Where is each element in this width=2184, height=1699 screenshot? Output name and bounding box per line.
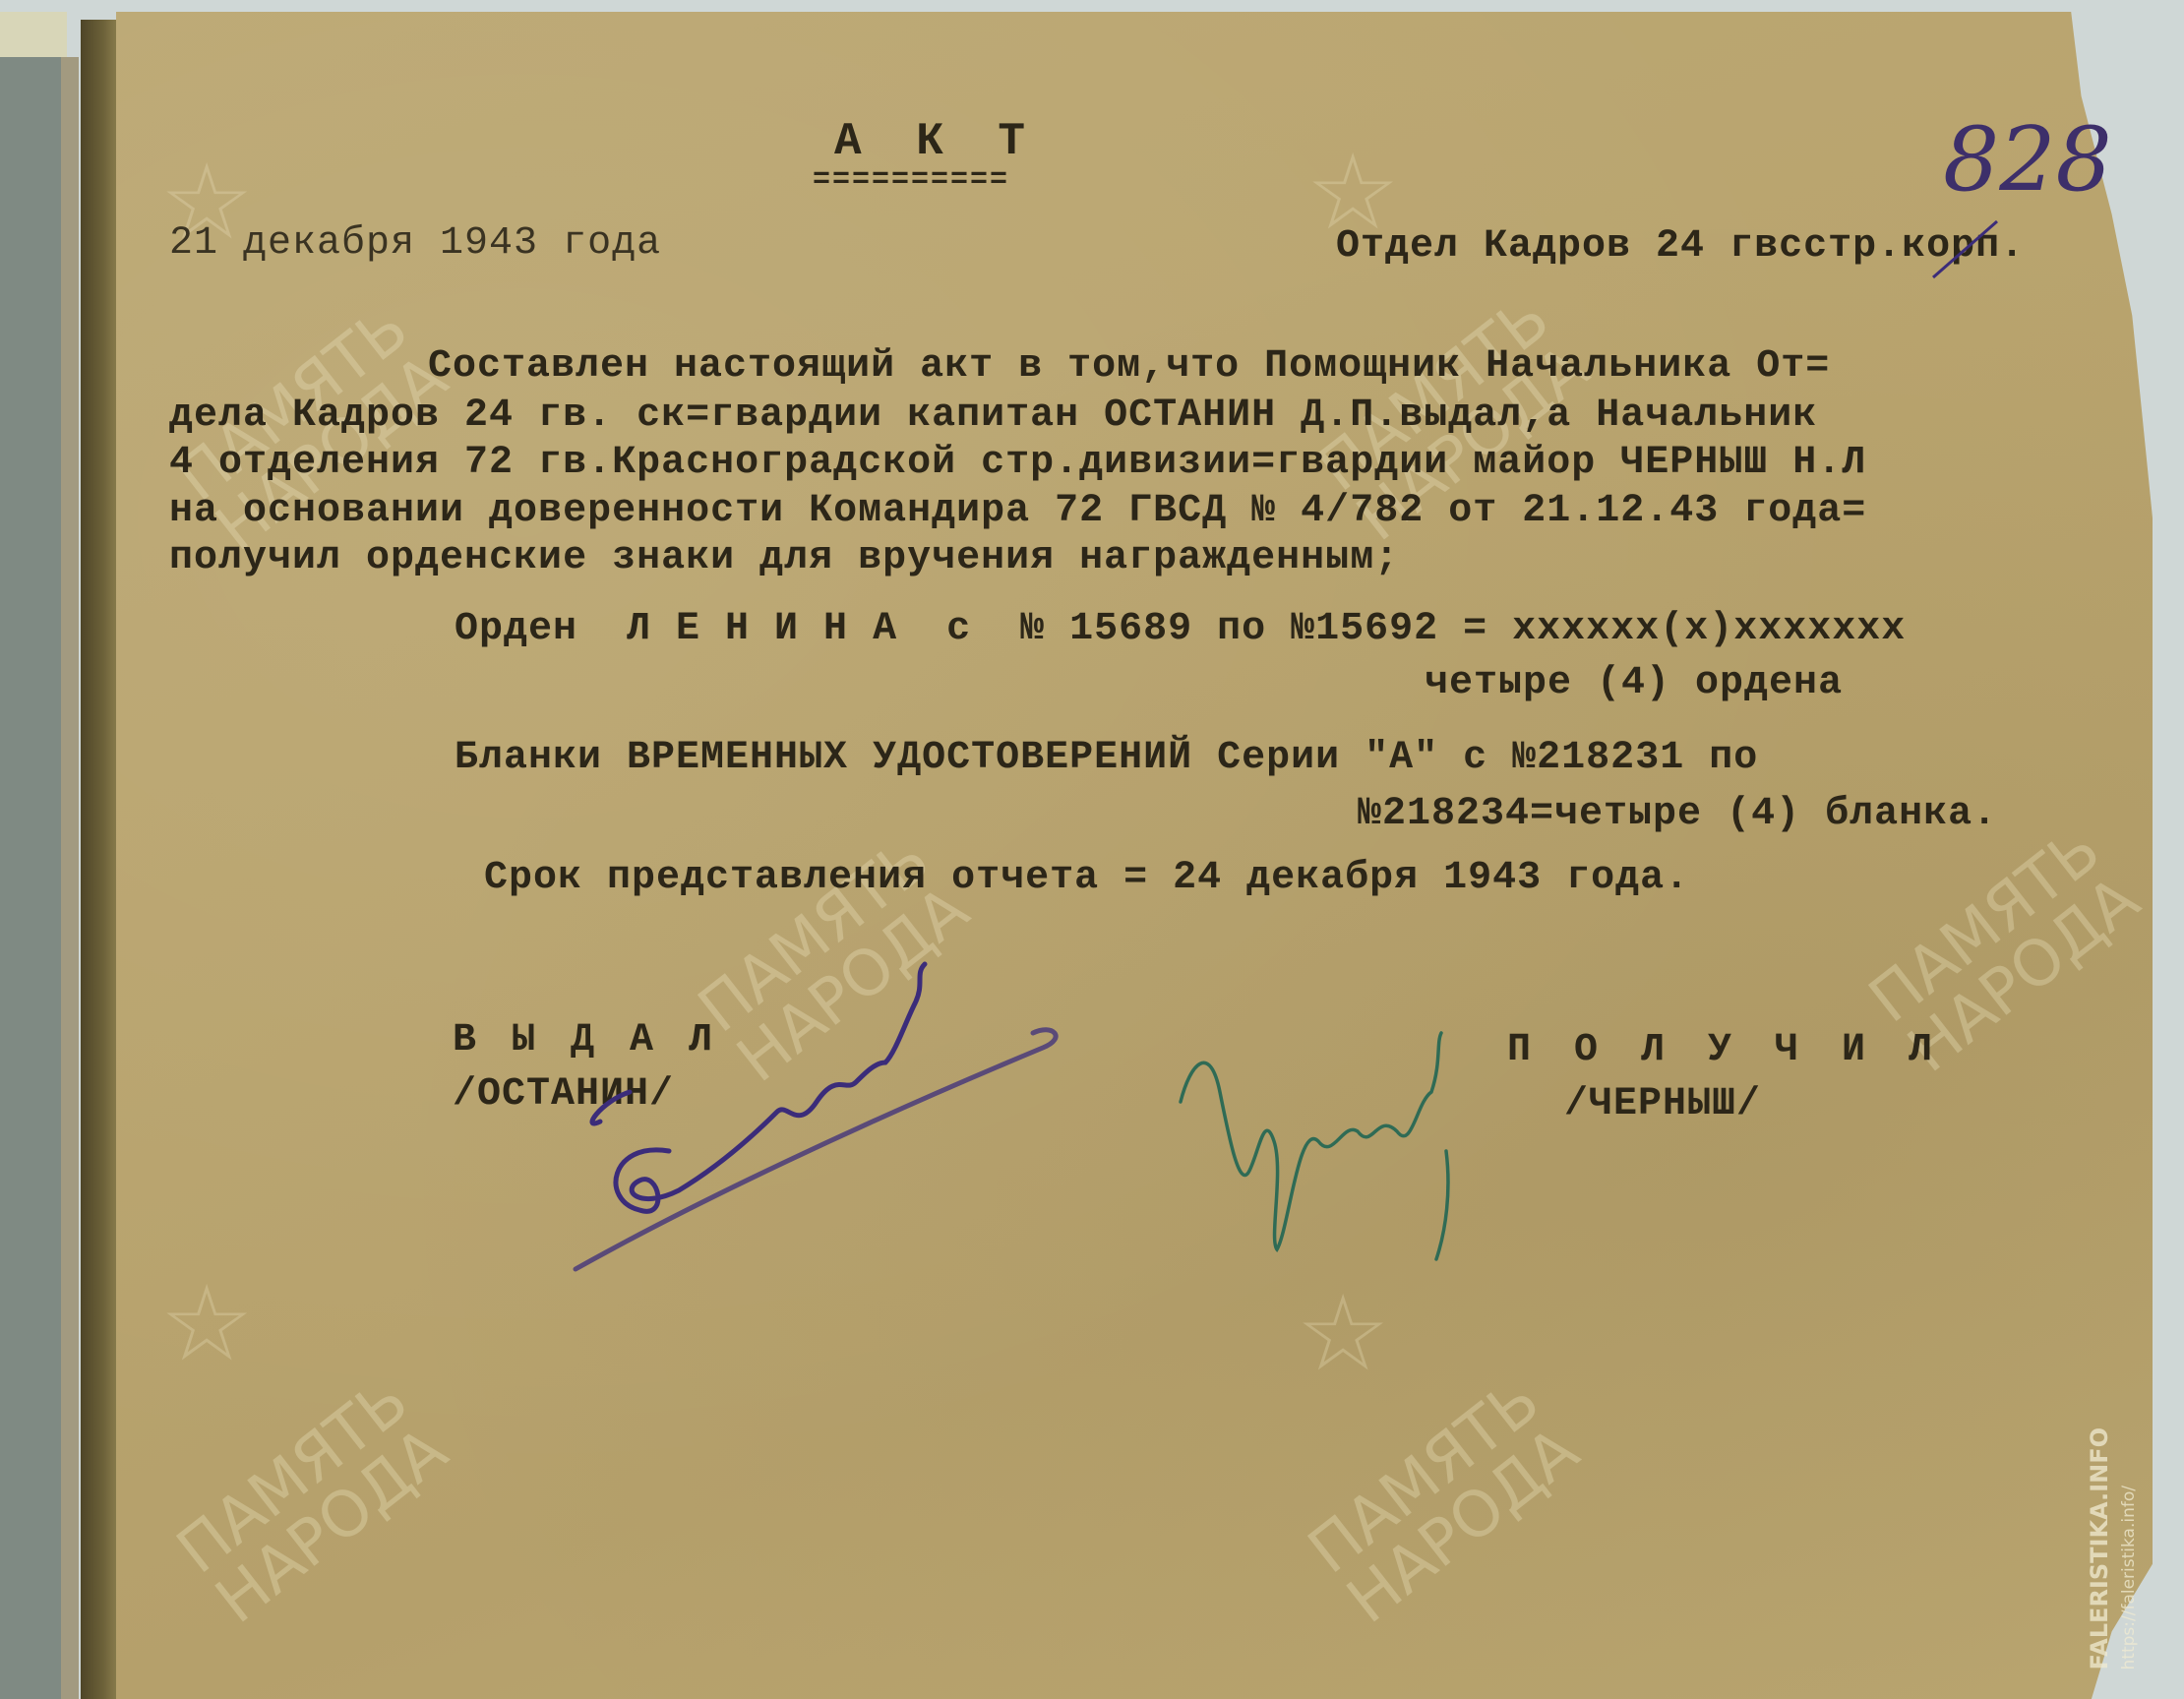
paper-fold-shadow <box>81 20 120 1699</box>
binder-top-strip <box>0 12 67 59</box>
signature-ostanin <box>453 944 1200 1279</box>
site-watermark: FALERISTIKA.INFO https://faleristika.inf… <box>2086 1463 2154 1669</box>
title-underline: ========== <box>813 163 1009 197</box>
document-date: 21 декабря 1943 года <box>169 221 661 266</box>
strikethrough-mark <box>1928 216 2007 285</box>
item-order-of-lenin-count: четыре (4) ордена <box>1425 661 1843 705</box>
site-url: https://faleristika.info/ <box>2119 1486 2139 1669</box>
archive-folder-edge <box>61 57 79 1699</box>
site-name: FALERISTIKA.INFO <box>2086 1427 2113 1669</box>
item-order-of-lenin: Орден Л Е Н И Н А с № 15689 по №15692 = … <box>455 607 1906 651</box>
body-line-1: Составлен настоящий акт в том,что Помощн… <box>428 344 1830 389</box>
item-certificates-count: №218234=четыре (4) бланка. <box>1358 792 1997 836</box>
document-title: А К Т <box>834 116 1039 167</box>
watermark-star-icon: ☆ <box>1299 1259 1387 1407</box>
body-line-3: 4 отделения 72 гв.Красноградской стр.див… <box>169 441 1866 485</box>
signature-chernysh <box>1161 1003 1574 1279</box>
archive-number: 828 <box>1943 108 2112 212</box>
watermark-star-icon: ☆ <box>162 1249 251 1397</box>
body-line-5: получил орденские знаки для вручения наг… <box>169 536 1399 580</box>
body-line-2: дела Кадров 24 гв. ск=гвардии капитан ОС… <box>169 394 1817 438</box>
archive-folder-binding <box>0 57 61 1699</box>
item-certificates: Бланки ВРЕМЕННЫХ УДОСТОВЕРЕНИЙ Серии "А"… <box>455 736 1758 780</box>
received-name: /ЧЕРНЫШ/ <box>1564 1082 1761 1126</box>
report-deadline: Срок представления отчета = 24 декабря 1… <box>484 856 1689 900</box>
department: Отдел Кадров 24 гвсстр.корп. <box>1336 224 2025 269</box>
body-line-4: на основании доверенности Командира 72 Г… <box>169 489 1866 533</box>
